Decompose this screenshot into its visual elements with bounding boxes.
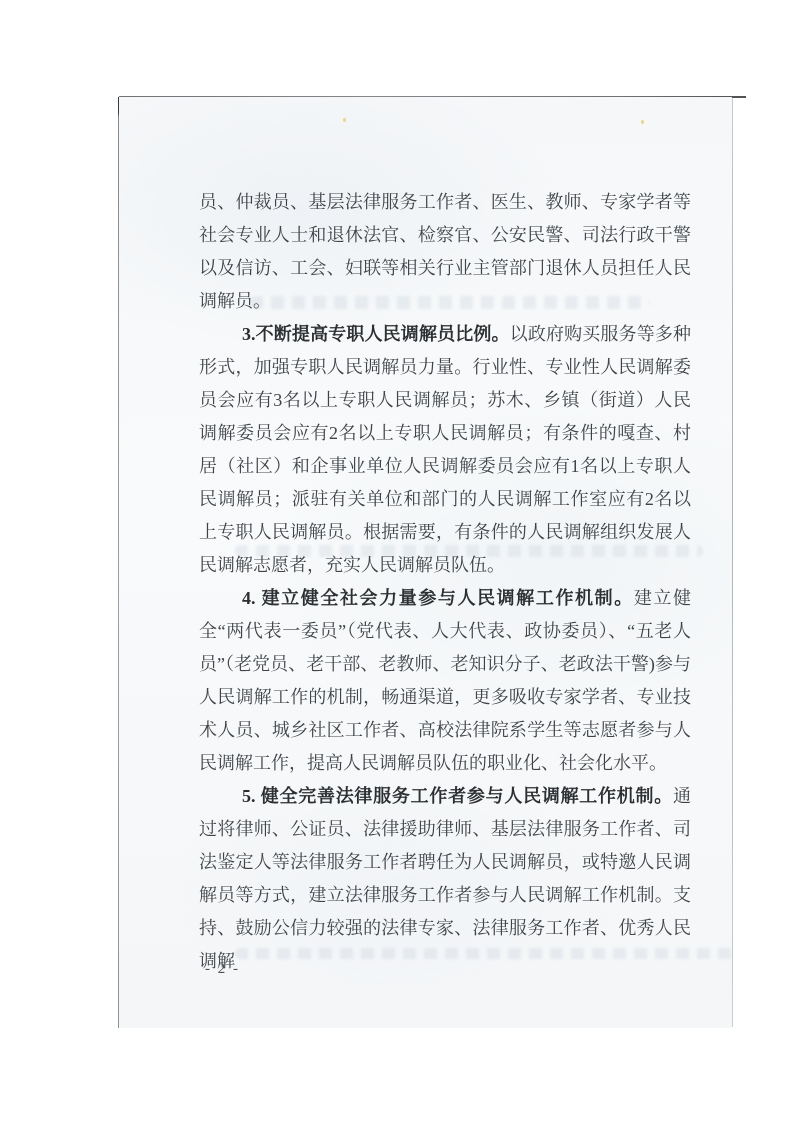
paragraph-item-4: 4. 建立健全社会力量参与人民调解工作机制。建立健全“两代表一委员”（党代表、人… (199, 582, 691, 780)
paragraph-text: 建立健全“两代表一委员”（党代表、人大代表、政协委员）、“五老人员”（老党员、老… (199, 588, 691, 773)
paper-speck (641, 120, 644, 124)
paragraph-text: 员、仲裁员、基层法律服务工作者、医生、教师、专家学者等社会专业人士和退休法官、检… (199, 192, 691, 311)
paragraph-bold-lead: 5. 健全完善法律服务工作者参与人民调解工作机制。 (242, 786, 673, 806)
paper-speck (343, 118, 346, 122)
paragraph-item-5: 5. 健全完善法律服务工作者参与人民调解工作机制。通过将律师、公证员、法律援助律… (199, 780, 691, 978)
scan-canvas: 员、仲裁员、基层法律服务工作者、医生、教师、专家学者等社会专业人士和退休法官、检… (0, 0, 794, 1123)
paragraph-item-3: 3.不断提高专职人民调解员比例。以政府购买服务等多种形式，加强专职人民调解员力量… (199, 318, 691, 582)
paragraph-text: 以政府购买服务等多种形式，加强专职人民调解员力量。行业性、专业性人民调解委员会应… (199, 324, 691, 575)
paragraph-bold-lead: 4. 建立健全社会力量参与人民调解工作机制。 (242, 588, 634, 608)
paragraph-bold-lead: 3.不断提高专职人民调解员比例。 (242, 324, 510, 344)
paragraph-continuation: 员、仲裁员、基层法律服务工作者、医生、教师、专家学者等社会专业人士和退休法官、检… (199, 186, 691, 318)
paragraph-text: 通过将律师、公证员、法律援助律师、基层法律服务工作者、司法鉴定人等法律服务工作者… (199, 786, 691, 971)
page-number: - 2 - (205, 961, 240, 978)
document-text-block: 员、仲裁员、基层法律服务工作者、医生、教师、专家学者等社会专业人士和退休法官、检… (199, 186, 691, 978)
document-page: 员、仲裁员、基层法律服务工作者、医生、教师、专家学者等社会专业人士和退休法官、检… (119, 97, 732, 1028)
